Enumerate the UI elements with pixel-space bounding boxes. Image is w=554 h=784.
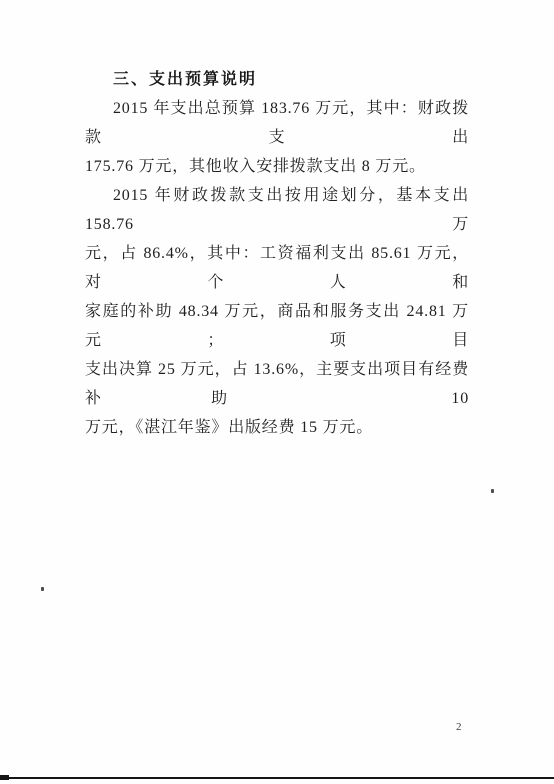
budget-text-block: 三、支出预算说明 2015 年支出总预算 183.76 万元，其中：财政拨款支出… bbox=[85, 65, 469, 442]
page-number: 2 bbox=[456, 721, 462, 733]
scan-edge-line bbox=[0, 777, 554, 779]
ink-speck bbox=[41, 587, 44, 591]
paragraph-2-line-3: 家庭的补助 48.34 万元，商品和服务支出 24.81 万元；项目 bbox=[85, 297, 469, 355]
paragraph-2-line-4: 支出决算 25 万元，占 13.6%，主要支出项目有经费补助 10 bbox=[85, 355, 469, 413]
scanned-document-page: 三、支出预算说明 2015 年支出总预算 183.76 万元，其中：财政拨款支出… bbox=[0, 0, 554, 784]
paragraph-2-line-1: 2015 年财政拨款支出按用途划分，基本支出 158.76 万 bbox=[85, 181, 469, 239]
paragraph-1-line-2: 175.76 万元，其他收入安排拨款支出 8 万元。 bbox=[85, 152, 469, 181]
paragraph-2-line-2: 元，占 86.4%，其中：工资福利支出 85.61 万元，对个人和 bbox=[85, 239, 469, 297]
section-heading: 三、支出预算说明 bbox=[85, 65, 469, 94]
ink-speck bbox=[491, 489, 494, 493]
paragraph-2-line-5: 万元，《湛江年鉴》出版经费 15 万元。 bbox=[85, 413, 469, 442]
paragraph-1-line-1: 2015 年支出总预算 183.76 万元，其中：财政拨款支出 bbox=[85, 94, 469, 152]
